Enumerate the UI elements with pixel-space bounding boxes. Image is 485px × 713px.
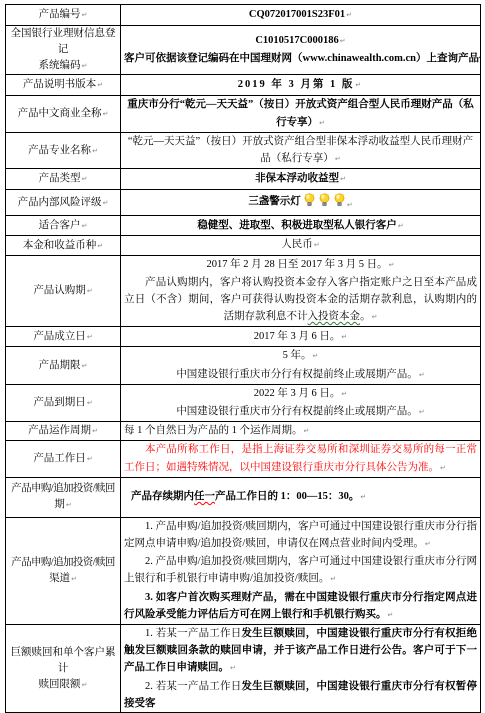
currency-value: 人民币 (281, 239, 319, 250)
field-label-suitable-customers: 适合客户 (6, 216, 121, 236)
label-text: 产品成立日 (33, 331, 92, 342)
working-day-definition: 本产品所称工作日，是指上海证券交易所和深圳证券交易所的每一正常工作日；如遇特殊情… (124, 441, 477, 476)
label-text: 产品类型 (39, 173, 88, 184)
field-label-maturity-date: 产品到期日 (6, 384, 121, 421)
channel-item-1: 1. 产品申购/追加投资/赎回期内，客户可通过中国建设银行重庆市分行指定网点申请… (124, 518, 477, 553)
row-manual-version: 产品说明书版本 2019 年 3 月第 1 版 (6, 75, 481, 96)
product-code-value: CQ072017001S23F01 (249, 9, 352, 20)
row-subscription-window: 产品申购/追加投资/赎回 期 产品存续期内任一产品工作日的 1：00—15：30… (6, 477, 481, 517)
label-line-1: 巨额赎回和单个客户累计 (7, 645, 119, 655)
channel-item-2: 2. 产品申购/追加投资/赎回期内，客户可通过中国建设银行重庆市分行网上银行和手… (124, 553, 477, 588)
label-text: 产品期限 (39, 360, 88, 371)
row-chinese-commercial-name: 产品中文商业全称 重庆市分行“乾元—天天益”（按日）开放式资产组合型人民币理财产… (6, 96, 481, 133)
row-internal-risk-rating: 产品内部风险评级 三盏警示灯 (6, 190, 481, 216)
subscription-period-body: 产品认购期内，客户将认购投资本金存入客户指定账户之日至本产品成立日（不含）期间，… (124, 274, 477, 327)
field-value-registration-code: C1010517C000186 客户可依据该登记编码在中国理财网（www.chi… (121, 26, 481, 75)
redemption-item-1: 1. 若某一产品工作日发生巨额赎回，中国建设银行重庆市分行有权拒绝触发巨额赎回条… (124, 625, 477, 655)
row-operation-cycle: 产品运作周期 每 1 个自然日为产品的 1 个运作周期。 (6, 422, 481, 441)
label-text: 产品运作周期 (28, 425, 98, 436)
chinese-commercial-name-value: 重庆市分行“乾元—天天益”（按日）开放式资产组合型人民币理财产品（私行专享） (127, 99, 474, 127)
product-term-value: 5 年。 (124, 347, 477, 365)
row-registration-code: 全国银行业理财信息登记 系统编码 C1010517C000186 客户可依据该登… (6, 26, 481, 75)
field-label-chinese-commercial-name: 产品中文商业全称 (6, 96, 121, 133)
window-text: 产品存续期内 (131, 491, 194, 502)
label-line-1: 产品申购/追加投资/赎回 (7, 555, 119, 571)
label-line-1: 产品申购/追加投资/赎回 (7, 481, 119, 497)
maturity-date-note: 中国建设银行重庆市分行有权提前终止或展期产品。 (124, 403, 477, 421)
professional-name-value: “乾元—天天益”（按日）开放式资产组合型非保本浮动收益型人民币理财产品（私行专享… (128, 136, 473, 164)
warning-lamp-icon (318, 192, 331, 213)
label-text: 适合客户 (39, 220, 88, 231)
product-spec-table: 产品编号 CQ072017001S23F01 全国银行业理财信息登记 系统编码 … (5, 4, 481, 655)
field-label-currency: 本金和收益币种 (6, 236, 121, 255)
field-value-subscription-window: 产品存续期内任一产品工作日的 1：00—15：30。 (121, 477, 481, 517)
row-product-working-day: 产品工作日 本产品所称工作日，是指上海证券交易所和深圳证券交易所的每一正常工作日… (6, 441, 481, 477)
registration-code-note: 客户可依据该登记编码在中国理财网（www.chinawealth.com.cn）… (124, 50, 477, 68)
maturity-date-value: 2022 年 3 月 6 日。 (124, 385, 477, 403)
suitable-customers-value: 稳健型、进取型、积极进取型私人银行客户 (197, 220, 403, 231)
product-spec-table-wrapper: 产品编号 CQ072017001S23F01 全国银行业理财信息登记 系统编码 … (5, 4, 480, 655)
warning-lamp-icon (303, 192, 316, 213)
field-value-establishment-date: 2017 年 3 月 6 日。 (121, 327, 481, 347)
field-label-internal-risk-rating: 产品内部风险评级 (6, 190, 121, 216)
operation-cycle-value: 每 1 个自然日为产品的 1 个运作周期。 (124, 425, 309, 436)
registration-code-value: C1010517C000186 (124, 32, 477, 50)
channel-item-3: 3. 如客户首次购买理财产品，需在中国建设银行重庆市分行指定网点进行风险承受能力… (124, 589, 477, 624)
label-text: 产品专业名称 (28, 145, 98, 156)
field-label-subscription-period: 产品认购期 (6, 255, 121, 327)
row-product-term: 产品期限 5 年。 中国建设银行重庆市分行有权提前终止或展期产品。 (6, 347, 481, 384)
field-label-product-working-day: 产品工作日 (6, 441, 121, 477)
field-value-product-type: 非保本浮动收益型 (121, 169, 481, 190)
field-label-operation-cycle: 产品运作周期 (6, 422, 121, 441)
item-prefix: 1. 若某一产品工作日 (145, 628, 241, 639)
product-term-note: 中国建设银行重庆市分行有权提前终止或展期产品。 (124, 366, 477, 384)
field-value-subscription-period: 2017 年 2 月 28 日至 2017 年 3 月 5 日。 产品认购期内，… (121, 255, 481, 327)
label-line-2: 系统编码 (7, 58, 119, 74)
row-product-type: 产品类型 非保本浮动收益型 (6, 169, 481, 190)
label-line-1: 全国银行业理财信息登记 (7, 26, 119, 58)
field-value-professional-name: “乾元—天天益”（按日）开放式资产组合型非保本浮动收益型人民币理财产品（私行专享… (121, 133, 481, 169)
field-value-product-working-day: 本产品所称工作日，是指上海证券交易所和深圳证券交易所的每一正常工作日；如遇特殊情… (121, 441, 481, 477)
field-label-registration-code: 全国银行业理财信息登记 系统编码 (6, 26, 121, 75)
spellcheck-underlined-text: 任一 (194, 491, 215, 502)
field-label-manual-version: 产品说明书版本 (6, 75, 121, 96)
row-redemption-limits: 巨额赎回和单个客户累计 赎回限额 1. 若某一产品工作日发生巨额赎回，中国建设银… (6, 625, 481, 655)
field-value-product-code: CQ072017001S23F01 (121, 5, 481, 26)
field-value-subscription-channels: 1. 产品申购/追加投资/赎回期内，客户可通过中国建设银行重庆市分行指定网点申请… (121, 517, 481, 624)
row-subscription-period: 产品认购期 2017 年 2 月 28 日至 2017 年 3 月 5 日。 产… (6, 255, 481, 327)
field-value-manual-version: 2019 年 3 月第 1 版 (121, 75, 481, 96)
field-value-maturity-date: 2022 年 3 月 6 日。 中国建设银行重庆市分行有权提前终止或展期产品。 (121, 384, 481, 421)
field-value-internal-risk-rating: 三盏警示灯 (121, 190, 481, 216)
warning-lamp-icon (333, 192, 353, 214)
label-text: 产品说明书版本 (23, 79, 103, 90)
label-text: 产品编号 (39, 9, 88, 20)
field-label-subscription-window: 产品申购/追加投资/赎回 期 (6, 477, 121, 517)
label-line-2: 期 (7, 497, 119, 513)
field-value-operation-cycle: 每 1 个自然日为产品的 1 个运作周期。 (121, 422, 481, 441)
risk-rating-text: 三盏警示灯 (248, 196, 301, 207)
label-line-2: 渠道 (7, 571, 119, 587)
subscription-period-dates: 2017 年 2 月 28 日至 2017 年 3 月 5 日。 (124, 256, 477, 274)
spellcheck-underlined-text: 入投资本金 (308, 311, 361, 322)
field-value-redemption-limits: 1. 若某一产品工作日发生巨额赎回，中国建设银行重庆市分行有权拒绝触发巨额赎回条… (121, 625, 481, 655)
manual-version-value: 2019 年 3 月第 1 版 (238, 79, 364, 90)
field-label-product-code: 产品编号 (6, 5, 121, 26)
field-label-product-type: 产品类型 (6, 169, 121, 190)
field-value-currency: 人民币 (121, 236, 481, 255)
row-maturity-date: 产品到期日 2022 年 3 月 6 日。 中国建设银行重庆市分行有权提前终止或… (6, 384, 481, 421)
body-text: 产品认购期内，客户将认购投资本金存入客户指定账户之日至本产品成立日（不含）期间，… (124, 277, 477, 322)
product-type-value: 非保本浮动收益型 (255, 173, 346, 184)
field-value-chinese-commercial-name: 重庆市分行“乾元—天天益”（按日）开放式资产组合型人民币理财产品（私行专享） (121, 96, 481, 133)
window-text-end: 产品工作日的 1：00—15：30。 (215, 491, 366, 502)
field-label-redemption-limits: 巨额赎回和单个客户累计 赎回限额 (6, 625, 121, 655)
field-value-suitable-customers: 稳健型、进取型、积极进取型私人银行客户 (121, 216, 481, 236)
row-establishment-date: 产品成立日 2017 年 3 月 6 日。 (6, 327, 481, 347)
field-value-product-term: 5 年。 中国建设银行重庆市分行有权提前终止或展期产品。 (121, 347, 481, 384)
row-currency: 本金和收益币种 人民币 (6, 236, 481, 255)
label-text: 产品内部风险评级 (18, 197, 109, 208)
body-text-end: 。 (360, 311, 377, 322)
field-label-professional-name: 产品专业名称 (6, 133, 121, 169)
label-text: 产品认购期 (33, 285, 92, 296)
label-text: 产品工作日 (33, 453, 92, 464)
row-product-code: 产品编号 CQ072017001S23F01 (6, 5, 481, 26)
row-subscription-channels: 产品申购/追加投资/赎回 渠道 1. 产品申购/追加投资/赎回期内，客户可通过中… (6, 517, 481, 624)
label-text: 产品中文商业全称 (18, 108, 109, 119)
field-label-product-term: 产品期限 (6, 347, 121, 384)
row-suitable-customers: 适合客户 稳健型、进取型、积极进取型私人银行客户 (6, 216, 481, 236)
label-text: 本金和收益币种 (23, 240, 103, 251)
field-label-subscription-channels: 产品申购/追加投资/赎回 渠道 (6, 517, 121, 624)
label-text: 产品到期日 (33, 397, 92, 408)
field-label-establishment-date: 产品成立日 (6, 327, 121, 347)
establishment-date-value: 2017 年 3 月 6 日。 (254, 331, 348, 342)
row-professional-name: 产品专业名称 “乾元—天天益”（按日）开放式资产组合型非保本浮动收益型人民币理财… (6, 133, 481, 169)
